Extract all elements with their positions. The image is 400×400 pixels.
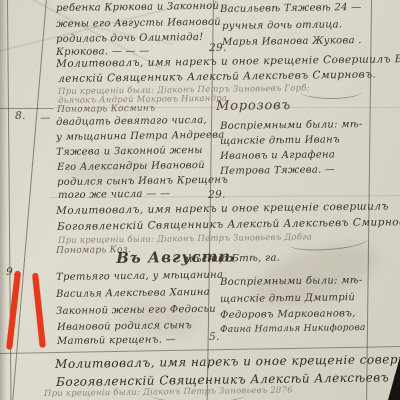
red-check-mark-right-stroke xyxy=(32,273,46,348)
baptism-formula-line: Молитвовалъ, имя нарекъ и оное крещеніе … xyxy=(56,200,389,217)
witness-line-faint: При крещеніи были: Діаконъ Петръ Зиновье… xyxy=(58,232,312,246)
entry-number-dash: — xyxy=(40,112,51,124)
entry8-main-line: родился сынъ Иванъ Крещенъ xyxy=(57,175,228,188)
entry7-main-line: родилась дочь Олимпіада! xyxy=(56,32,204,45)
page-scan: ребенка Крюкова и Законной жены его Авгу… xyxy=(0,0,400,400)
pen-flourish xyxy=(300,84,362,99)
entry8-right-line: Ивановъ и Аграфена xyxy=(220,149,335,162)
entry9-main-line: Ивановой родился сынъ xyxy=(57,320,192,333)
entry7-right-line: Марья Иванова Жукова . xyxy=(222,35,362,48)
row-rule-margin xyxy=(0,108,54,109)
entry8-main-line: Тяжева и Законной жены xyxy=(56,145,203,158)
pen-flourish xyxy=(150,386,246,400)
entry8-right-line: Воспріемными были: мѣ- xyxy=(220,119,363,132)
entry8-main-line: у мѣщанина Петра Андреева xyxy=(56,130,225,143)
entry8-right-line: щанскіе дѣти Иванъ xyxy=(220,134,340,147)
entry8-main-line: того же числа — — xyxy=(58,188,170,201)
entry9-right-line: Воспріемными были: мѣ- xyxy=(220,275,363,288)
entry7-right-line: ручныя дочь отлица. xyxy=(222,19,342,32)
entry7-main-line: жены его Августы Ивановой xyxy=(56,17,221,30)
entry7-main-line: ребенка Крюкова и Законной xyxy=(56,1,219,14)
entry9-main-line: Третьяго числа, у мѣщанина xyxy=(56,270,223,283)
entry9-main-line: Законной жены его Федосьи xyxy=(56,304,216,317)
surname-header: Морозовъ xyxy=(216,98,291,114)
entry7-right-line: Васильевѣ Тяжевѣ 24 — xyxy=(220,2,362,15)
clergy-line: Пономарь Косминъ xyxy=(57,104,156,115)
date-note: 29. xyxy=(209,42,227,54)
baptism-formula-line: Молитвовалъ, имя нарекъ и оное крещеніе … xyxy=(55,352,400,371)
entry-number: 8. xyxy=(15,110,26,122)
entry8-right-line: Петрова Тяжева. — xyxy=(220,164,335,177)
baptism-formula-line: Богоявленскій Священникъ Алексѣй Алексѣе… xyxy=(57,216,400,233)
entry9-main-line: Матвѣй крещенъ. — xyxy=(57,334,176,347)
date-note: 29. xyxy=(208,189,226,201)
spine-shadow xyxy=(0,0,7,400)
baptism-formula-line: ленскій Священникъ Алексѣй Алексѣевъ Сми… xyxy=(58,69,376,85)
month-header-tail: мѣсяца Бтѣ, га. xyxy=(184,253,280,265)
date-note: 5. xyxy=(209,331,220,343)
entry8-main-line: двадцать девятаго числа, xyxy=(56,115,207,128)
entry9-main-line: Василья Алексѣева Ханина xyxy=(56,287,210,300)
entry9-right-line: Федоровъ Марковановъ, xyxy=(220,308,356,321)
entry9-right-line: Фаина Наталья Никифорова xyxy=(220,323,366,335)
entry8-main-line: Его Александры Ивановой xyxy=(57,160,205,173)
entry9-right-line: щанскіе дѣти Дмитрій xyxy=(220,292,355,305)
